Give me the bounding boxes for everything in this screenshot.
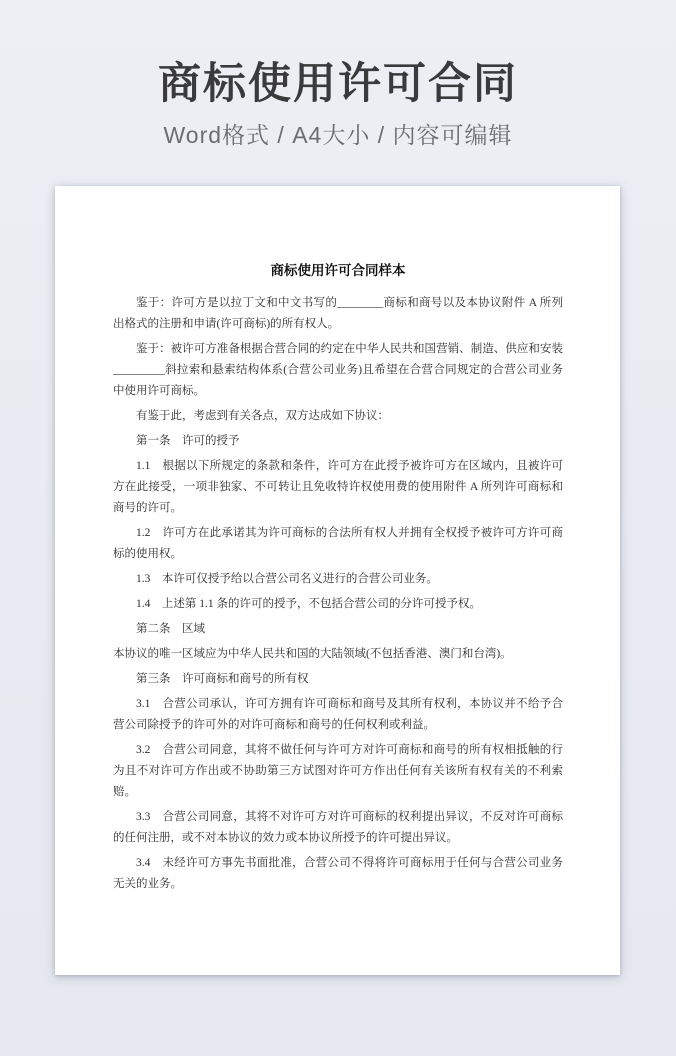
doc-paragraph: 有鉴于此，考虑到有关各点，双方达成如下协议： (113, 406, 563, 427)
document-title: 商标使用许可合同样本 (113, 260, 563, 281)
doc-paragraph: 3.3 合营公司同意，其将不对许可方对许可商标的权利提出异议，不反对许可商标的任… (113, 807, 563, 849)
doc-paragraph: 鉴于：许可方是以拉丁文和中文书写的________商标和商号以及本协议附件 A … (113, 293, 563, 335)
doc-heading: 第三条 许可商标和商号的所有权 (113, 669, 563, 690)
page-subtitle: Word格式 / A4大小 / 内容可编辑 (0, 121, 676, 151)
page-title: 商标使用许可合同 (0, 60, 676, 109)
doc-heading: 第一条 许可的授予 (113, 431, 563, 452)
doc-paragraph: 3.2 合营公司同意，其将不做任何与许可方对许可商标和商号的所有权相抵触的行为且… (113, 740, 563, 803)
doc-paragraph: 本协议的唯一区域应为中华人民共和国的大陆领域(不包括香港、澳门和台湾)。 (113, 644, 563, 665)
doc-paragraph: 1.3 本许可仅授予给以合营公司名义进行的合营公司业务。 (113, 569, 563, 590)
template-preview-canvas: 商标使用许可合同 Word格式 / A4大小 / 内容可编辑 商标使用许可合同样… (0, 0, 676, 1056)
document-body: 鉴于：许可方是以拉丁文和中文书写的________商标和商号以及本协议附件 A … (113, 293, 563, 895)
doc-paragraph: 3.4 未经许可方事先书面批准，合营公司不得将许可商标用于任何与合营公司业务无关… (113, 853, 563, 895)
doc-heading: 第二条 区域 (113, 619, 563, 640)
doc-paragraph: 鉴于：被许可方准备根据合营合同的约定在中华人民共和国营销、制造、供应和安装___… (113, 339, 563, 402)
doc-paragraph: 3.1 合营公司承认，许可方拥有许可商标和商号及其所有权利，本协议并不给予合营公… (113, 694, 563, 736)
doc-paragraph: 1.4 上述第 1.1 条的许可的授予，不包括合营公司的分许可授予权。 (113, 594, 563, 615)
screenshot-root: { "header": { "title": "商标使用许可合同", "subt… (0, 0, 676, 1056)
document-page: 商标使用许可合同样本 鉴于：许可方是以拉丁文和中文书写的________商标和商… (55, 186, 620, 975)
doc-paragraph: 1.2 许可方在此承诺其为许可商标的合法所有权人并拥有全权授予被许可方许可商标的… (113, 523, 563, 565)
doc-paragraph: 1.1 根据以下所规定的条款和条件，许可方在此授予被许可方在区域内，且被许可方在… (113, 456, 563, 519)
